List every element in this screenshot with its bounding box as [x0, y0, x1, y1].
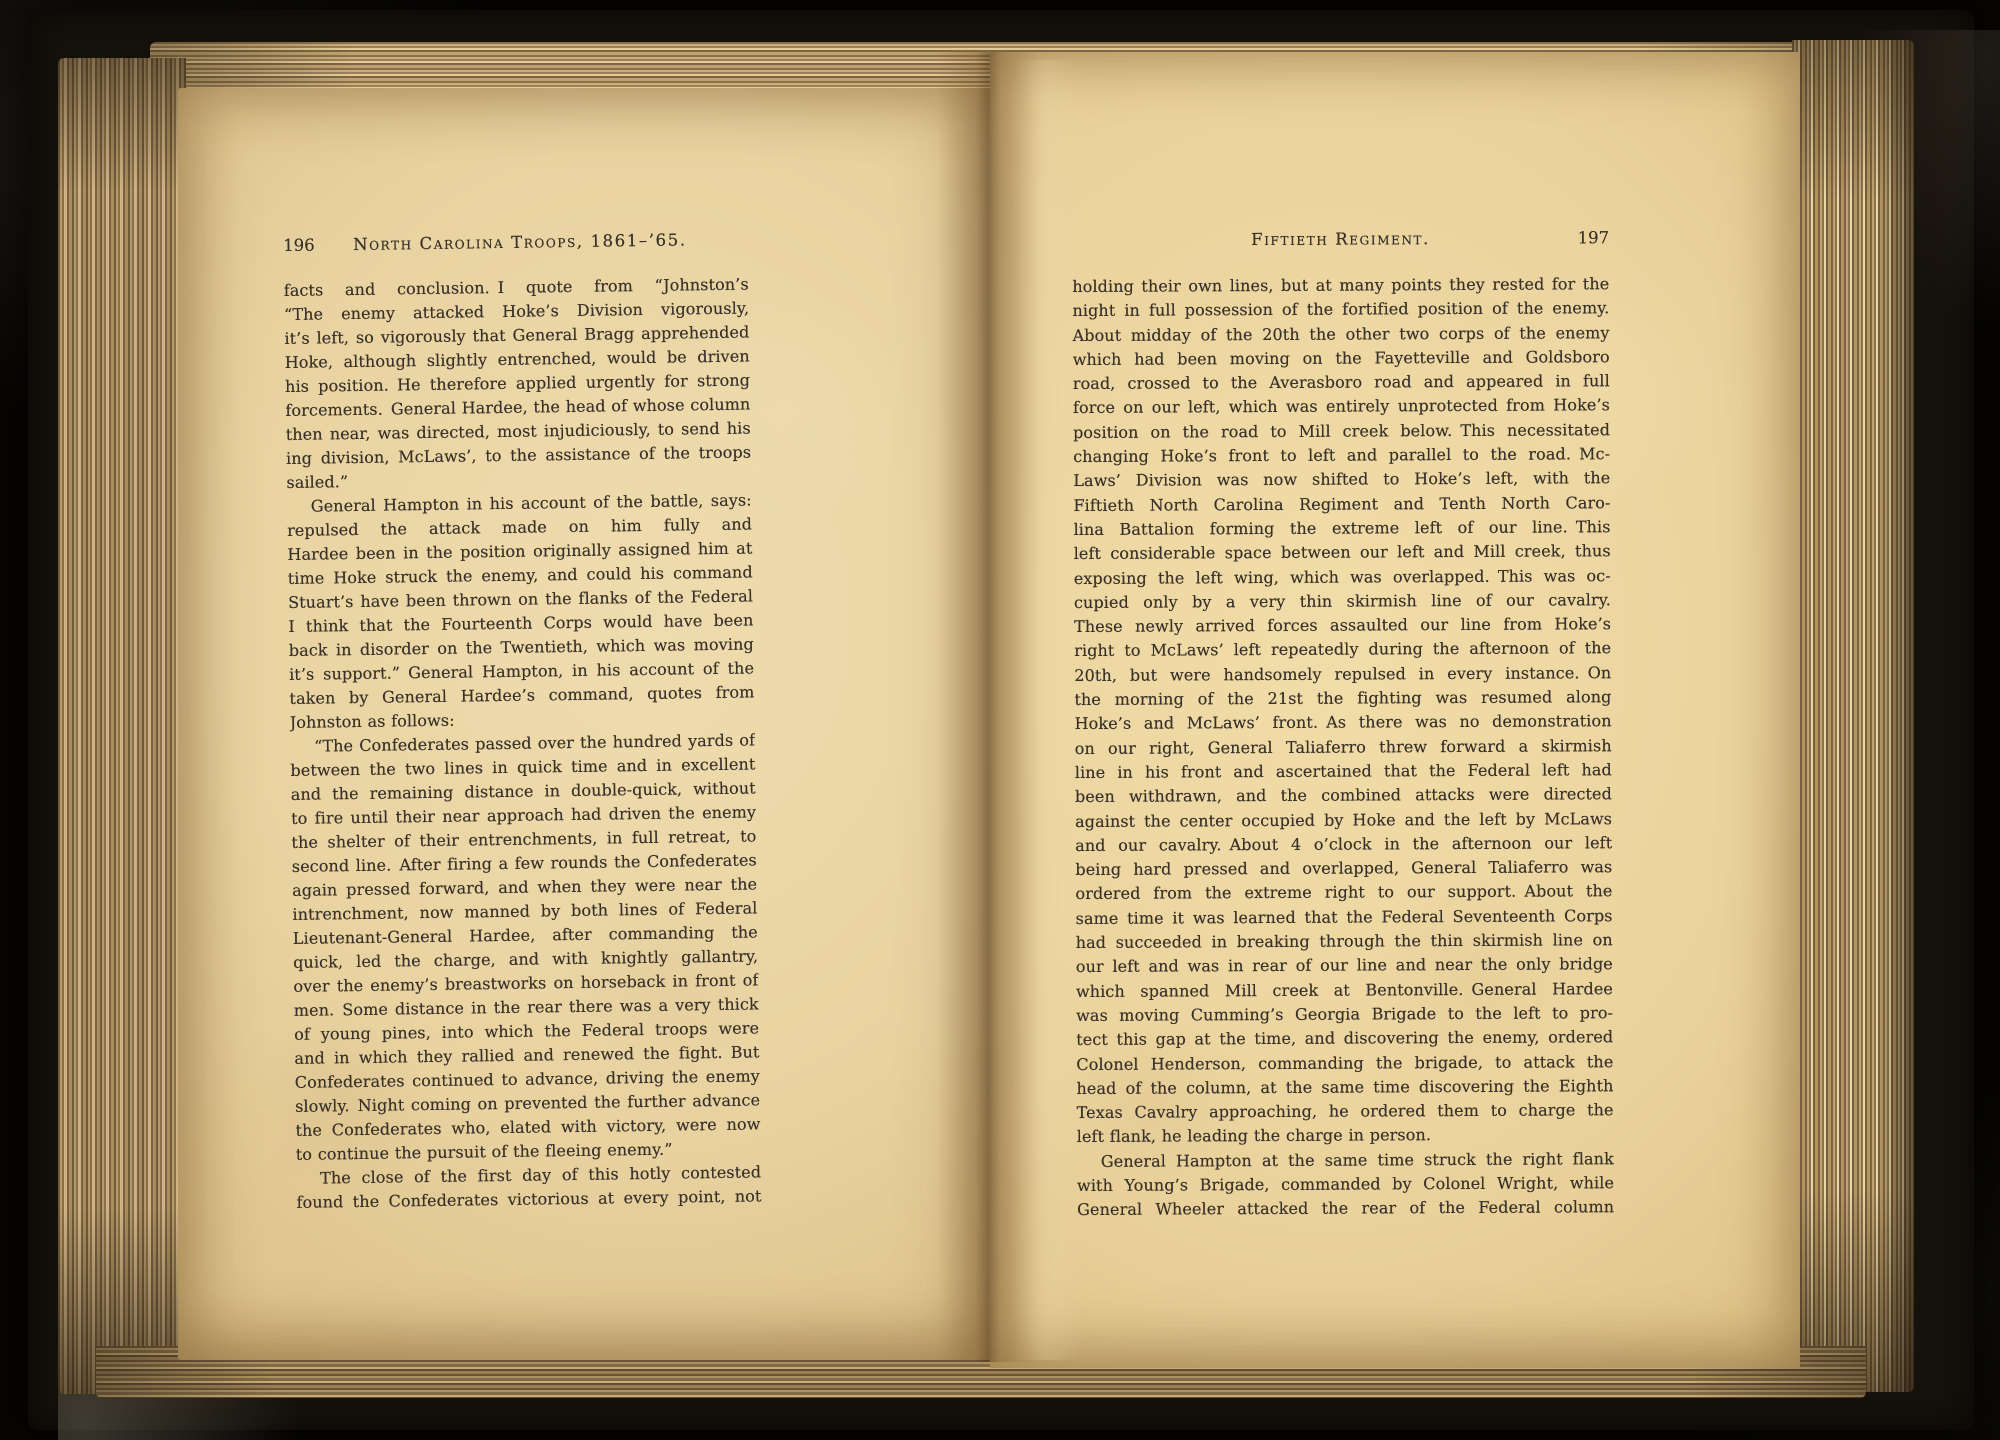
text-line: General Wheeler attacked the rear of the… — [1077, 1195, 1614, 1222]
paragraph: General Hampton at the same time struck … — [1077, 1147, 1614, 1223]
text-line: Texas Cavalry approaching, he ordered th… — [1077, 1098, 1614, 1125]
text-line: been withdrawn, and the combined attacks… — [1075, 782, 1612, 809]
text-line: Laws’ Division was now shifted to Hoke’s… — [1073, 467, 1610, 494]
book-photo-scene: 196 North Carolina Troops, 1861–’65. fac… — [0, 0, 2000, 1440]
left-page-body: facts and conclusion. I quote from “John… — [284, 273, 762, 1215]
page-edges-left-fore-edge — [58, 58, 186, 1394]
paragraph: General Hampton in his account of the ba… — [287, 488, 755, 734]
right-page-body: holding their own lines, but at many poi… — [1072, 272, 1614, 1222]
text-line: force on our left, which was entirely un… — [1073, 394, 1610, 421]
text-line: same time it was learned that the Federa… — [1076, 904, 1613, 931]
header-spacer — [687, 244, 757, 245]
text-line: These newly arrived forces assaulted our… — [1074, 612, 1611, 639]
text-line: which had been moving on the Fayettevill… — [1073, 345, 1610, 372]
left-running-header: North Carolina Troops, 1861–’65. — [353, 230, 687, 254]
page-edges-right-fore-edge — [1792, 40, 1914, 1392]
paragraph: facts and conclusion. I quote from “John… — [284, 273, 752, 495]
text-line: our left and was in rear of our line and… — [1076, 952, 1613, 979]
text-line: holding their own lines, but at many poi… — [1072, 272, 1609, 299]
text-line: changing Hoke’s front to left and parall… — [1073, 442, 1610, 469]
text-line: being hard pressed and overlapped, Gener… — [1075, 855, 1612, 882]
right-page-number: 197 — [1539, 228, 1609, 247]
text-line: was moving Cumming’s Georgia Brigade to … — [1076, 1001, 1613, 1028]
paragraph: holding their own lines, but at many poi… — [1072, 272, 1614, 1149]
text-line: 20th, but were handsomely repulsed in ev… — [1074, 661, 1611, 688]
left-page-number: 196 — [283, 235, 353, 255]
text-line: General Hampton at the same time struck … — [1077, 1147, 1614, 1174]
text-line: had succeeded in breaking through the th… — [1076, 928, 1613, 955]
text-line: exposing the left wing, which was overla… — [1074, 564, 1611, 591]
text-line: line in his front and ascertained that t… — [1075, 758, 1612, 785]
text-line: position on the road to Mill creek below… — [1073, 418, 1610, 445]
text-line: Hoke’s and McLaws’ front. As there was n… — [1075, 710, 1612, 737]
text-line: left flank, he leading the charge in per… — [1077, 1123, 1614, 1150]
right-page-text: Fiftieth Regiment. 197 holding their own… — [1072, 228, 1614, 1222]
text-line: which spanned Mill creek at Bentonville.… — [1076, 977, 1613, 1004]
text-line: night in full possession of the fortifie… — [1072, 296, 1609, 323]
paragraph: “The Confederates passed over the hundre… — [290, 728, 761, 1166]
text-line: the morning of the 21st the fighting was… — [1074, 685, 1611, 712]
text-line: left considerable space between our left… — [1074, 539, 1611, 566]
text-line: and our cavalry. About 4 o’clock in the … — [1075, 831, 1612, 858]
text-line: head of the column, at the same time dis… — [1076, 1074, 1613, 1101]
text-line: About midday of the 20th the other two c… — [1072, 321, 1609, 348]
text-line: Fiftieth North Carolina Regiment and Ten… — [1073, 491, 1610, 518]
text-line: Colonel Henderson, commanding the brigad… — [1076, 1050, 1613, 1077]
paragraph: The close of the first day of this hotly… — [296, 1160, 762, 1214]
text-line: ordered from the extreme right to our su… — [1075, 880, 1612, 907]
text-line: with Young’s Brigade, commanded by Colon… — [1077, 1171, 1614, 1198]
right-page-header: Fiftieth Regiment. 197 — [1072, 228, 1609, 255]
text-line: road, crossed to the Averasboro road and… — [1073, 369, 1610, 396]
text-line: lina Battalion forming the extreme left … — [1074, 515, 1611, 542]
text-line: tect this gap at the time, and discoveri… — [1076, 1025, 1613, 1052]
left-page-header: 196 North Carolina Troops, 1861–’65. — [283, 230, 748, 260]
left-page-text: 196 North Carolina Troops, 1861–’65. fac… — [283, 230, 762, 1215]
right-running-header: Fiftieth Regiment. — [1142, 229, 1539, 250]
text-line: against the center occupied by Hoke and … — [1075, 807, 1612, 834]
text-line: right to McLaws’ left repeatedly during … — [1074, 637, 1611, 664]
text-line: cupied only by a very thin skirmish line… — [1074, 588, 1611, 615]
text-line: on our right, General Taliaferro threw f… — [1075, 734, 1612, 761]
